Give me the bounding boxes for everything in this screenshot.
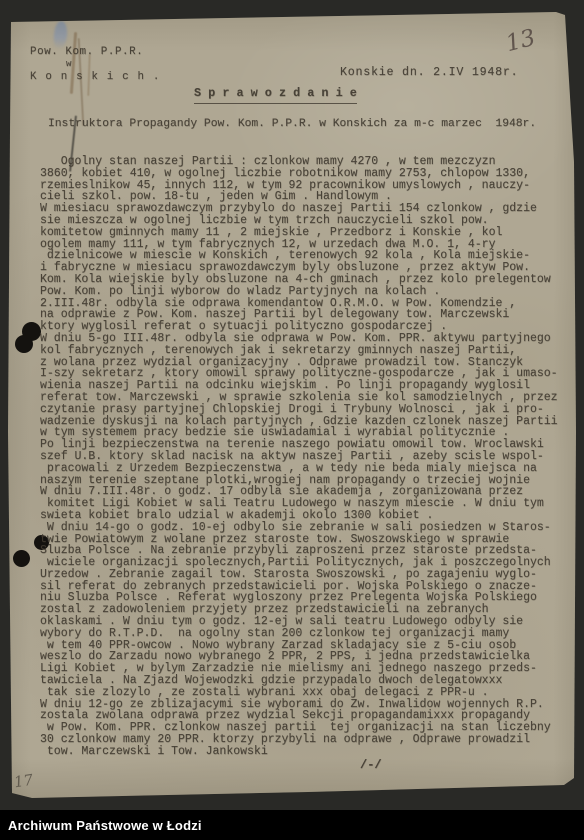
typewritten-line: Kom. Kola wiejskie byly obsluzone na 4-c…	[40, 274, 580, 286]
typewritten-line: W dniu 14-go o godz. 10-ej odbylo sie ze…	[40, 522, 580, 534]
typewritten-line: pracowali z Urzedem Bezpieczenstwa , a w…	[40, 463, 580, 475]
typewritten-line: Urzedow . Zebranie zagail tow. Starosta …	[40, 569, 580, 581]
typewritten-line: swieta kobiet bralo udzial w akademji ok…	[40, 510, 580, 522]
document-subtitle: Instruktora Propagandy Pow. Kom. P.P.R. …	[48, 118, 536, 130]
document-page: Pow. Kom. P.P.R. w K o n s k i c h . Kon…	[8, 12, 576, 798]
report-body: Ogolny stan naszej Partii : czlonkow mam…	[40, 156, 580, 758]
typewritten-line: 3860, kobiet 410, w ogolnej liczbie robo…	[40, 168, 580, 180]
dateline: Konskie dn. 2.IV 1948r.	[340, 66, 518, 79]
scan-background: Pow. Kom. P.P.R. w K o n s k i c h . Kon…	[0, 0, 584, 840]
handwritten-page-number-top: 13	[503, 25, 538, 57]
signature-mark: /-/	[360, 758, 382, 772]
punch-hole	[13, 550, 30, 567]
typewritten-line: Pow. Kom. po linji wyborow do wladz Part…	[40, 286, 580, 298]
handwritten-page-number-bottom: 17	[13, 771, 35, 792]
archive-caption-label: Archiwum Państwowe w Łodzi	[8, 818, 202, 833]
typewritten-line: szef U.B. ktory sklad nacisk na aktyw na…	[40, 451, 580, 463]
document-title: S p r a w o z d a n i e	[194, 86, 357, 104]
archive-caption-bar: Archiwum Państwowe w Łodzi	[0, 810, 584, 840]
sender-org-line3: K o n s k i c h .	[30, 71, 161, 83]
typewritten-line: sie mieszcza w ogolnej liczbie w tym trz…	[40, 215, 580, 227]
typewritten-line: komitetow gminnych mamy 11 , 2 miejskie …	[40, 227, 580, 239]
sender-org-line1: Pow. Kom. P.P.R.	[30, 46, 143, 58]
punch-hole	[15, 335, 33, 353]
typewritten-line: tow. Marczewski i Tow. Jankowski	[40, 746, 580, 758]
typewritten-line: referat tow. Marczewski , w sprawie szko…	[40, 392, 580, 404]
typewritten-line: tak sie zlozylo , ze zostali wybrani xxx…	[40, 687, 580, 699]
typewritten-line: kol fabrycznych , terenowych jak i sekre…	[40, 345, 580, 357]
typewritten-line: W dniu 5-go III.48r. odbyla sie odprawa …	[40, 333, 580, 345]
typewritten-line: wybory do R.T.P.D. na ogolny stan 200 cz…	[40, 628, 580, 640]
typewritten-line: czytanie prasy partyjnej Chlopskiej Drog…	[40, 404, 580, 416]
sender-org-line2: w	[66, 59, 71, 69]
